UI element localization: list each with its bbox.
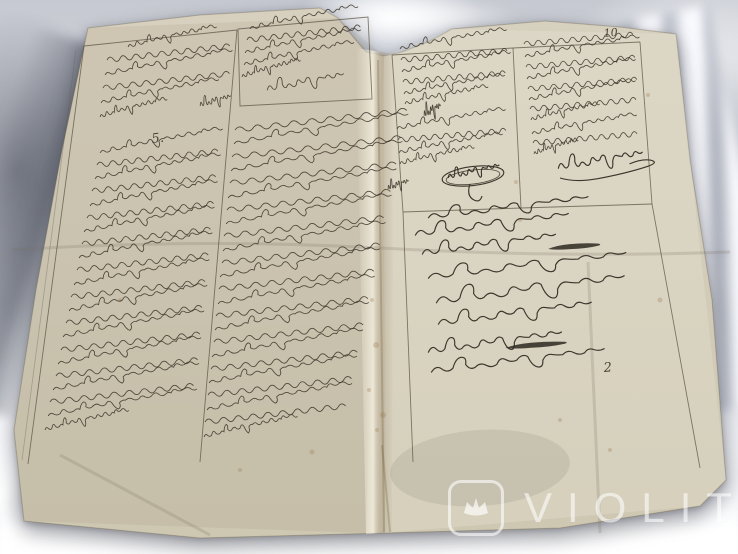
left-page-shading (14, 18, 384, 533)
page-number: 10 (603, 26, 618, 40)
document-photo: 5. (0, 0, 738, 554)
manuscript-sheet: 5. (12, 4, 730, 538)
signature-numeral: 2 (602, 360, 613, 376)
photo-background: 5. (0, 0, 738, 554)
